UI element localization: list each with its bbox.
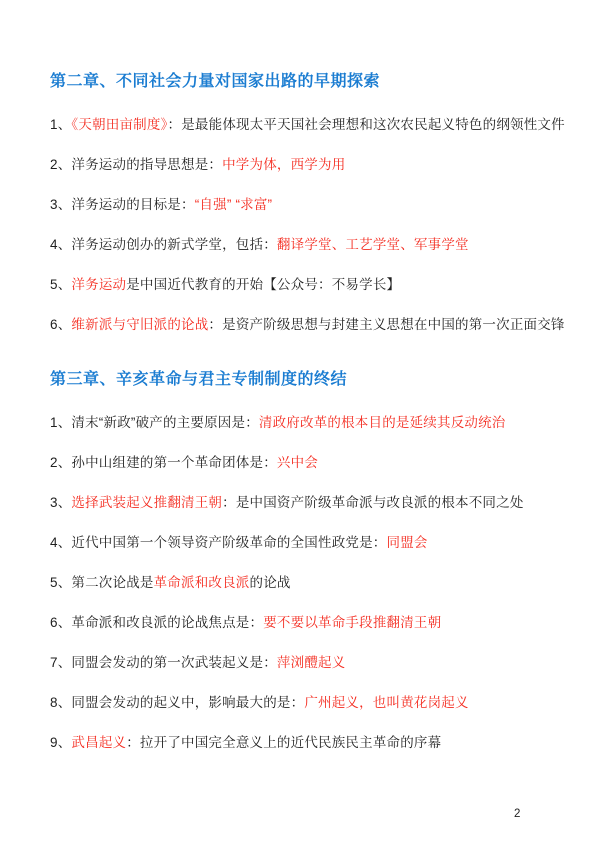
- note-item: 8、同盟会发动的起义中，影响最大的是：广州起义，也叫黄花岗起义: [50, 694, 554, 712]
- text-run: 的论战: [250, 575, 291, 590]
- note-item: 5、第二次论战是革命派和改良派的论战: [50, 574, 554, 592]
- text-run: 是中国近代教育的开始【公众号：不易学长】: [126, 277, 400, 292]
- chapter-section-1: 第二章、不同社会力量对国家出路的早期探索1、《天朝田亩制度》：是最能体现太平天国…: [50, 72, 554, 334]
- note-item: 3、洋务运动的目标是：“自强” “求富”: [50, 196, 554, 214]
- highlight-text-run: 武昌起义: [71, 735, 126, 750]
- note-item: 7、同盟会发动的第一次武装起义是：萍浏醴起义: [50, 654, 554, 672]
- text-run: 3、洋务运动的目标是：: [50, 197, 195, 212]
- text-run: ：是资产阶级思想与封建主义思想在中国的第一次正面交锋: [208, 317, 564, 332]
- note-item: 1、《天朝田亩制度》：是最能体现太平天国社会理想和这次农民起义特色的纲领性文件: [50, 116, 554, 134]
- text-run: 3、: [50, 495, 71, 510]
- text-run: 6、革命派和改良派的论战焦点是：: [50, 615, 263, 630]
- text-run: 1、清末“新政”破产的主要原因是：: [50, 415, 259, 430]
- highlight-text-run: 中学为体，西学为用: [222, 157, 345, 172]
- text-run: 2、孙中山组建的第一个革命团体是：: [50, 455, 277, 470]
- text-run: 5、第二次论战是: [50, 575, 154, 590]
- highlight-text-run: “自强” “求富”: [195, 197, 273, 212]
- highlight-text-run: 广州起义，也叫黄花岗起义: [304, 695, 468, 710]
- highlight-text-run: 选择武装起义推翻清王朝: [71, 495, 222, 510]
- text-run: 6、: [50, 317, 71, 332]
- note-item: 3、选择武装起义推翻清王朝：是中国资产阶级革命派与改良派的根本不同之处: [50, 494, 554, 512]
- text-run: ：拉开了中国完全意义上的近代民族民主革命的序幕: [126, 735, 441, 750]
- document-content: 第二章、不同社会力量对国家出路的早期探索1、《天朝田亩制度》：是最能体现太平天国…: [50, 72, 554, 774]
- text-run: 4、洋务运动创办的新式学堂，包括：: [50, 237, 277, 252]
- text-run: 8、同盟会发动的起义中，影响最大的是：: [50, 695, 304, 710]
- highlight-text-run: 维新派与守旧派的论战: [71, 317, 208, 332]
- chapter-heading: 第三章、辛亥革命与君主专制制度的终结: [50, 370, 554, 390]
- highlight-text-run: 《天朝田亩制度》: [71, 117, 167, 132]
- text-run: 7、同盟会发动的第一次武装起义是：: [50, 655, 277, 670]
- document-page: 第二章、不同社会力量对国家出路的早期探索1、《天朝田亩制度》：是最能体现太平天国…: [0, 0, 596, 842]
- highlight-text-run: 萍浏醴起义: [277, 655, 346, 670]
- text-run: 4、近代中国第一个领导资产阶级革命的全国性政党是：: [50, 535, 387, 550]
- page-number: 2: [514, 808, 520, 820]
- highlight-text-run: 兴中会: [277, 455, 318, 470]
- text-run: ：是中国资产阶级革命派与改良派的根本不同之处: [222, 495, 523, 510]
- highlight-text-run: 革命派和改良派: [154, 575, 250, 590]
- text-run: 9、: [50, 735, 71, 750]
- text-run: 2、洋务运动的指导思想是：: [50, 157, 222, 172]
- note-item: 2、孙中山组建的第一个革命团体是：兴中会: [50, 454, 554, 472]
- highlight-text-run: 同盟会: [387, 535, 428, 550]
- text-run: 1、: [50, 117, 71, 132]
- chapter-section-2: 第三章、辛亥革命与君主专制制度的终结1、清末“新政”破产的主要原因是：清政府改革…: [50, 370, 554, 752]
- note-item: 4、近代中国第一个领导资产阶级革命的全国性政党是：同盟会: [50, 534, 554, 552]
- note-item: 4、洋务运动创办的新式学堂，包括：翻译学堂、工艺学堂、军事学堂: [50, 236, 554, 254]
- text-run: 5、: [50, 277, 71, 292]
- note-item: 9、武昌起义：拉开了中国完全意义上的近代民族民主革命的序幕: [50, 734, 554, 752]
- highlight-text-run: 洋务运动: [71, 277, 126, 292]
- highlight-text-run: 清政府改革的根本目的是延续其反动统治: [259, 415, 506, 430]
- note-item: 1、清末“新政”破产的主要原因是：清政府改革的根本目的是延续其反动统治: [50, 414, 554, 432]
- chapter-heading: 第二章、不同社会力量对国家出路的早期探索: [50, 72, 554, 92]
- highlight-text-run: 要不要以革命手段推翻清王朝: [263, 615, 441, 630]
- text-run: ：是最能体现太平天国社会理想和这次农民起义特色的纲领性文件: [168, 117, 565, 132]
- note-item: 6、革命派和改良派的论战焦点是：要不要以革命手段推翻清王朝: [50, 614, 554, 632]
- note-item: 6、维新派与守旧派的论战：是资产阶级思想与封建主义思想在中国的第一次正面交锋: [50, 316, 554, 334]
- note-item: 2、洋务运动的指导思想是：中学为体，西学为用: [50, 156, 554, 174]
- note-item: 5、洋务运动是中国近代教育的开始【公众号：不易学长】: [50, 276, 554, 294]
- highlight-text-run: 翻译学堂、工艺学堂、军事学堂: [277, 237, 469, 252]
